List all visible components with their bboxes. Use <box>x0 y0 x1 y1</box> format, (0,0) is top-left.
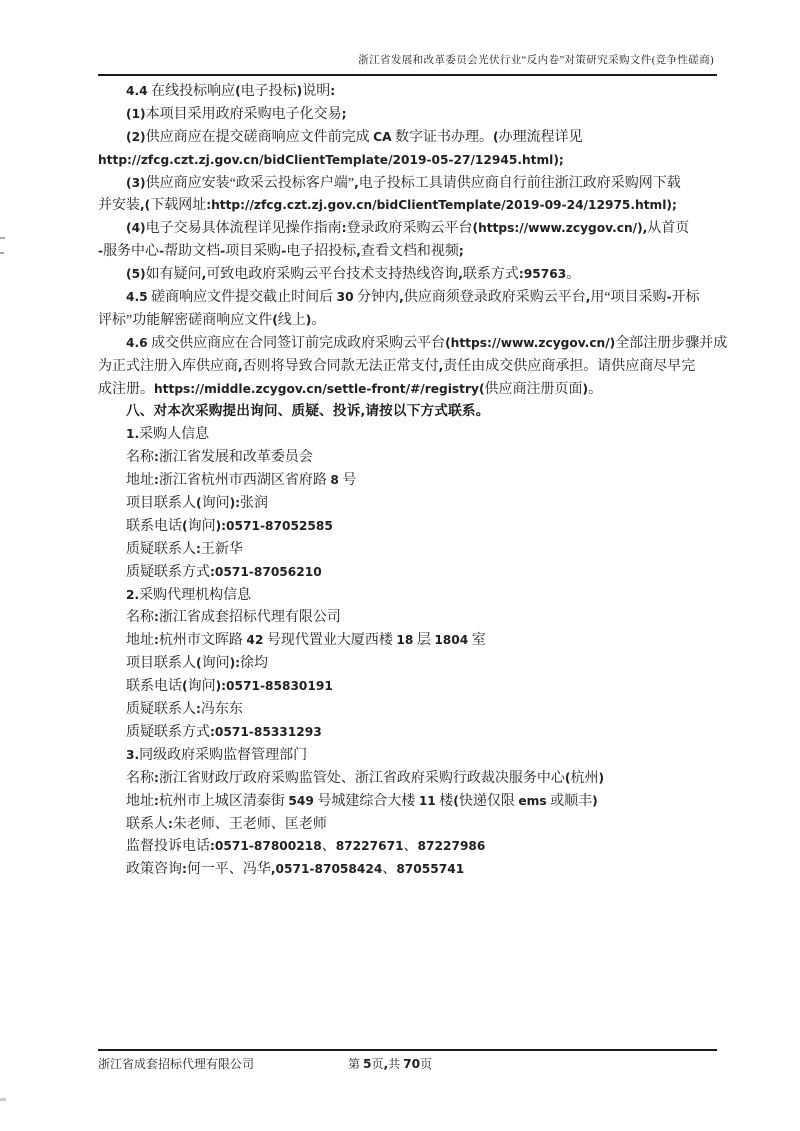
body-line: (4)电子交易具体流程详见操作指南:登录政府采购云平台(https://www.… <box>98 217 717 240</box>
body-line: 为正式注册入库供应商,否则将导致合同款无法正常支付,责任由成交供应商承担。请供应… <box>98 355 717 378</box>
footer-rule <box>98 1049 717 1051</box>
body-line: (1)本项目采用政府采购电子化交易; <box>98 103 717 126</box>
body-line: -服务中心-帮助文档-项目采购-电子招投标,查看文档和视频; <box>98 240 717 263</box>
body-line: 2.采购代理机构信息 <box>98 584 717 607</box>
body-line: http://zfcg.czt.zj.gov.cn/bidClientTempl… <box>98 149 717 172</box>
body-line: 4.5 磋商响应文件提交截止时间后 30 分钟内,供应商须登录政府采购云平台,用… <box>98 286 717 309</box>
body-line: 八、对本次采购提出询问、质疑、投诉,请按以下方式联系。 <box>98 400 717 423</box>
body-line: 名称:浙江省财政厅政府采购监管处、浙江省政府采购行政裁决服务中心(杭州) <box>98 767 717 790</box>
body-line: 并安装,(下载网址:http://zfcg.czt.zj.gov.cn/bidC… <box>98 194 717 217</box>
scan-artifact <box>0 252 4 254</box>
body-line: 地址:浙江省杭州市西湖区省府路 8 号 <box>98 469 717 492</box>
page-header-title: 浙江省发展和改革委员会光伏行业“反内卷”对策研究采购文件(竞争性磋商) <box>98 53 714 69</box>
body-line: 质疑联系人:冯东东 <box>98 698 717 721</box>
body-line: 联系电话(询问):0571-85830191 <box>98 675 717 698</box>
body-line: 名称:浙江省发展和改革委员会 <box>98 446 717 469</box>
body-line: 地址:杭州市文晖路 42 号现代置业大厦西楼 18 层 1804 室 <box>98 629 717 652</box>
body-line: 名称:浙江省成套招标代理有限公司 <box>98 606 717 629</box>
body-line: 4.4 在线投标响应(电子投标)说明: <box>98 80 717 103</box>
body-line: 监督投诉电话:0571-87800218、87227671、87227986 <box>98 835 717 858</box>
body-line: 联系人:朱老师、王老师、匡老师 <box>98 813 717 836</box>
scan-artifact <box>0 1098 6 1101</box>
body-line: (5)如有疑问,可致电政府采购云平台技术支持热线咨询,联系方式:95763。 <box>98 263 717 286</box>
body-line: 质疑联系人:王新华 <box>98 538 717 561</box>
body-line: 评标”功能解密磋商响应文件(线上)。 <box>98 309 717 332</box>
body-line: 3.同级政府采购监督管理部门 <box>98 744 717 767</box>
body-line: 地址:杭州市上城区清泰街 549 号城建综合大楼 11 楼(快递仅限 ems 或… <box>98 790 717 813</box>
body-line: 质疑联系方式:0571-87056210 <box>98 561 717 584</box>
document-page: 浙江省发展和改革委员会光伏行业“反内卷”对策研究采购文件(竞争性磋商) 4.4 … <box>0 0 800 1131</box>
header-rule <box>98 74 717 76</box>
body-line: 项目联系人(询问):张润 <box>98 492 717 515</box>
body-line: 联系电话(询问):0571-87052585 <box>98 515 717 538</box>
footer-page-number: 第 5页,共 70页 <box>348 1056 432 1072</box>
scan-artifact <box>0 237 5 239</box>
page-footer: 浙江省成套招标代理有限公司 第 5页,共 70页 <box>98 1056 717 1072</box>
document-body: 4.4 在线投标响应(电子投标)说明:(1)本项目采用政府采购电子化交易;(2)… <box>98 80 717 881</box>
footer-agency-name: 浙江省成套招标代理有限公司 <box>98 1057 254 1071</box>
body-line: (3)供应商应安装“政采云投标客户端”,电子投标工具请供应商自行前往浙江政府采购… <box>98 172 717 195</box>
body-line: 4.6 成交供应商应在合同签订前完成政府采购云平台(https://www.zc… <box>98 332 717 355</box>
body-line: 成注册。https://middle.zcygov.cn/settle-fron… <box>98 378 717 401</box>
body-line: (2)供应商应在提交磋商响应文件前完成 CA 数字证书办理。(办理流程详见 <box>98 126 717 149</box>
body-line: 质疑联系方式:0571-85331293 <box>98 721 717 744</box>
body-line: 1.采购人信息 <box>98 423 717 446</box>
body-line: 项目联系人(询问):徐均 <box>98 652 717 675</box>
body-line: 政策咨询:何一平、冯华,0571-87058424、87055741 <box>98 858 717 881</box>
